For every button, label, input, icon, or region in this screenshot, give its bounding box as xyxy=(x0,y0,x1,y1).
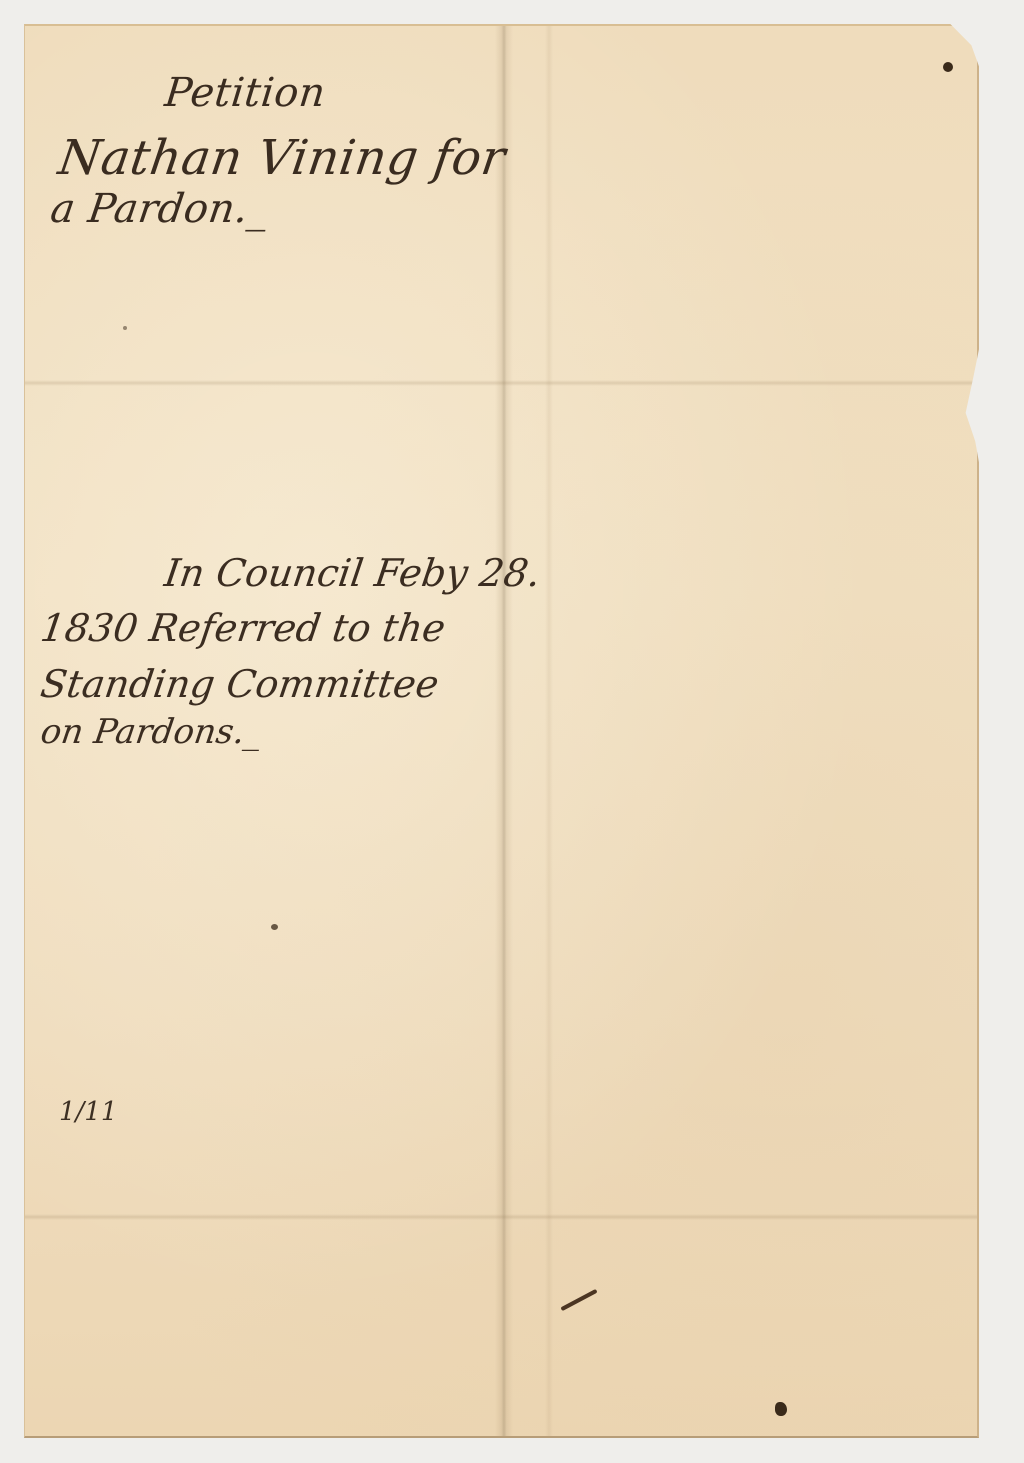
horizontal-fold-line-bottom xyxy=(25,1214,977,1220)
small-speck xyxy=(123,326,127,330)
paper-sheet: Petition Nathan Vining for a Pardon._ In… xyxy=(24,24,979,1438)
ink-blot-stain xyxy=(943,62,953,72)
margin-tally-mark: 1/11 xyxy=(59,1104,117,1120)
vertical-fold-line-secondary xyxy=(545,26,553,1436)
ink-blot-stain-bottom xyxy=(775,1402,787,1416)
horizontal-fold-line-top xyxy=(25,380,977,386)
docket-petitioner-name: Nathan Vining for xyxy=(55,130,509,186)
council-note-line-2: 1830 Referred to the xyxy=(38,606,448,650)
council-note-line-1: In Council Feby 28. xyxy=(162,551,543,595)
scanned-document: Petition Nathan Vining for a Pardon._ In… xyxy=(0,0,1024,1463)
vertical-fold-line xyxy=(495,26,513,1436)
ink-spot-stain xyxy=(271,924,278,930)
docket-title: Petition xyxy=(163,70,328,116)
council-note-line-3: Standing Committee xyxy=(38,662,442,706)
stray-ink-stroke xyxy=(560,1289,597,1311)
docket-purpose: a Pardon._ xyxy=(48,186,272,232)
council-note-line-4: on Pardons._ xyxy=(38,712,264,752)
